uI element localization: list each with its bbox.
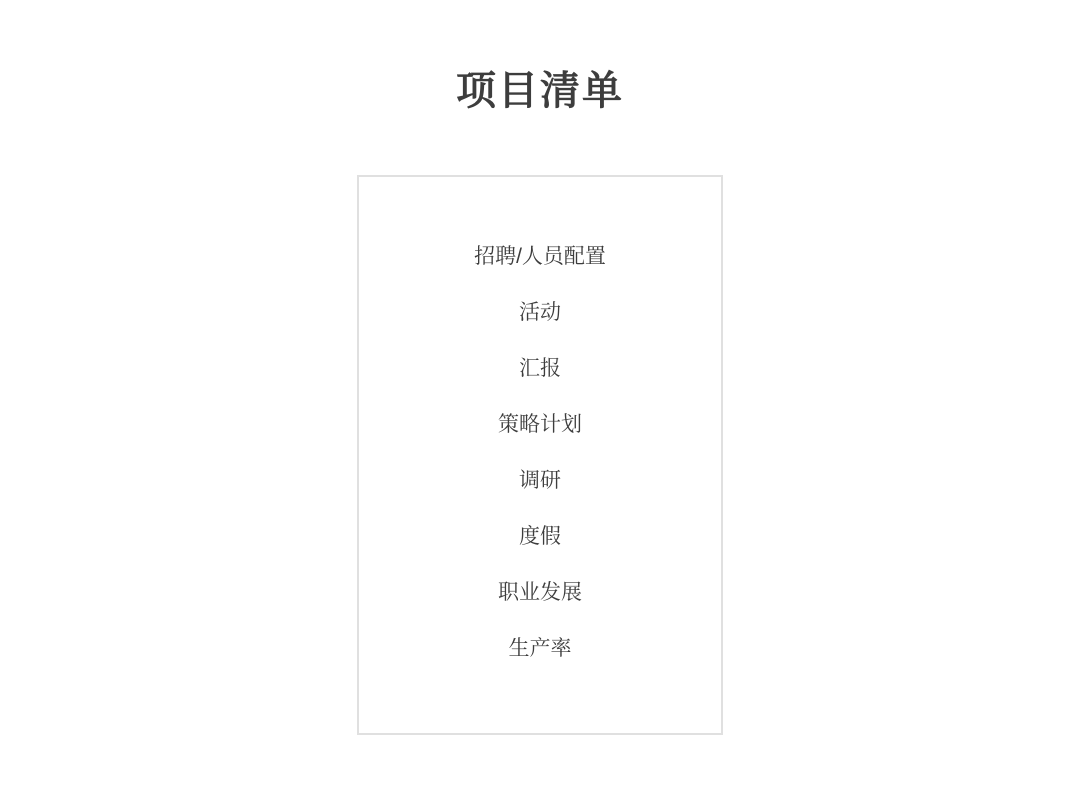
list-item[interactable]: 招聘/人员配置 (359, 229, 721, 285)
list-item-label: 策略计划 (498, 413, 582, 436)
list-item-label: 招聘/人员配置 (474, 245, 606, 268)
page: 项目清单 招聘/人员配置 活动 汇报 策略计划 调研 度假 职业发展 生产率 (0, 0, 1080, 794)
list-item-label: 汇报 (519, 357, 561, 380)
list-item-label: 度假 (519, 525, 561, 548)
list-item-label: 生产率 (509, 637, 572, 660)
list-item[interactable]: 调研 (359, 453, 721, 509)
list-item-label: 活动 (519, 301, 561, 324)
list-item[interactable]: 活动 (359, 285, 721, 341)
project-list: 招聘/人员配置 活动 汇报 策略计划 调研 度假 职业发展 生产率 (359, 177, 721, 677)
page-title: 项目清单 (0, 70, 1080, 112)
project-list-panel: 招聘/人员配置 活动 汇报 策略计划 调研 度假 职业发展 生产率 (357, 175, 723, 735)
list-item[interactable]: 度假 (359, 509, 721, 565)
list-item[interactable]: 策略计划 (359, 397, 721, 453)
list-item-label: 调研 (519, 469, 561, 492)
list-item-label: 职业发展 (498, 581, 582, 604)
list-item[interactable]: 生产率 (359, 621, 721, 677)
list-item[interactable]: 汇报 (359, 341, 721, 397)
list-item[interactable]: 职业发展 (359, 565, 721, 621)
